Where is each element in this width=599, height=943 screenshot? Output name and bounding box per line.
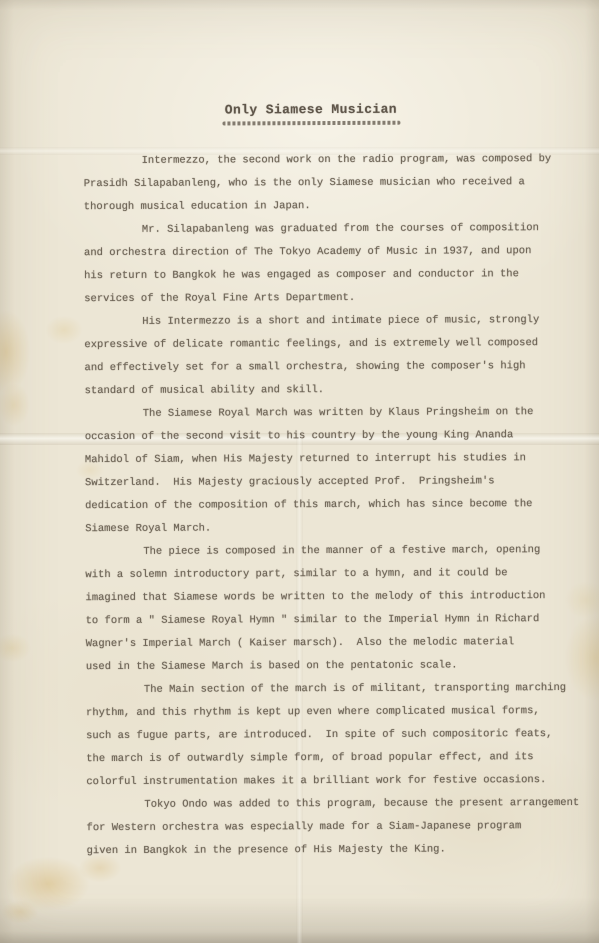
paragraph-tokyo-ondo: Tokyo Ondo was added to this program, be… (86, 792, 588, 863)
paragraph-intermezzo-description: His Intermezzo is a short and intimate p… (84, 309, 586, 403)
title-block: Only Siamese Musician (83, 99, 538, 126)
paragraph-march-structure: The piece is composed in the manner of a… (85, 539, 588, 679)
paragraph-composer-background: Mr. Silapabanleng was graduated from the… (84, 217, 586, 311)
document-page: Only Siamese Musician Intermezzo, the se… (0, 0, 599, 943)
paragraph-intermezzo-intro: Intermezzo, the second work on the radio… (84, 148, 586, 219)
paragraph-main-section: The Main section of the march is of mili… (86, 677, 588, 794)
paragraph-royal-march-origin: The Siamese Royal March was written by K… (85, 401, 588, 541)
typewritten-content: Only Siamese Musician Intermezzo, the se… (83, 99, 588, 863)
title-underline (222, 121, 400, 126)
document-title: Only Siamese Musician (225, 102, 397, 118)
document-body: Intermezzo, the second work on the radio… (84, 148, 589, 863)
